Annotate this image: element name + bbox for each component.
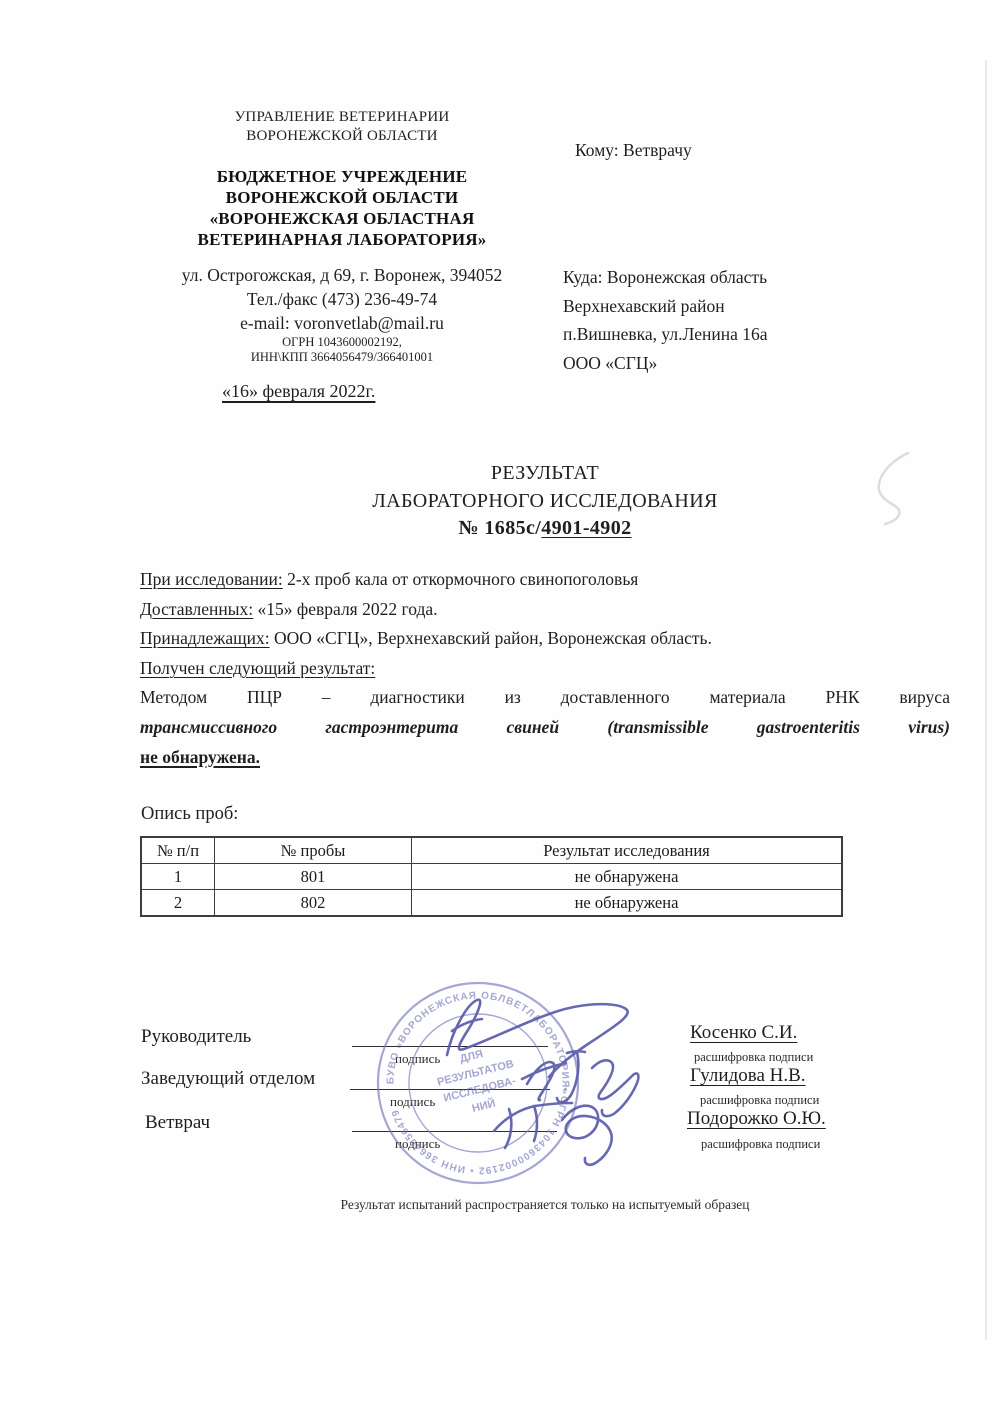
document-number-prefix: № 1685с/	[459, 517, 542, 539]
body-label: Принадлежащих:	[140, 628, 270, 648]
org-name-line: «ВОРОНЕЖСКАЯ ОБЛАСТНАЯ	[128, 208, 556, 229]
org-address: ул. Острогожская, д 69, г. Воронеж, 3940…	[128, 263, 556, 287]
signature-scribble-3	[494, 1103, 612, 1165]
document-title: РЕЗУЛЬТАТ ЛАБОРАТОРНОГО ИССЛЕДОВАНИЯ № 1…	[140, 460, 950, 543]
org-inn: ИНН\КПП 3664056479/366401001	[128, 350, 556, 365]
samples-table: № п/п № пробы Результат исследования 1 8…	[140, 836, 843, 917]
org-name-line: БЮДЖЕТНОЕ УЧРЕЖДЕНИЕ	[128, 166, 556, 187]
signature-ink	[428, 983, 683, 1178]
footer-note: Результат испытаний распространяется тол…	[140, 1197, 950, 1213]
signature-name: Гулидова Н.В.	[690, 1065, 806, 1087]
recipient-address: Куда: Воронежская область Верхнехавский …	[563, 263, 768, 377]
body-label: Доставленных:	[140, 599, 253, 619]
recipient-address-line: ООО «СГЦ»	[563, 349, 768, 378]
body-line: Получен следующий результат:	[140, 654, 950, 684]
signature-decode: расшифровка подписи	[700, 1093, 819, 1108]
document-number-underlined: 4901-4902	[541, 517, 631, 539]
col-header-index: № п/п	[141, 837, 215, 864]
recipient-to: Кому: Ветврачу	[575, 140, 692, 161]
recipient-address-line: Куда: Воронежская область	[563, 263, 768, 292]
result-line-latin: трансмиссивного гастроэнтерита свиней (t…	[140, 713, 950, 743]
signature-role: Руководитель	[141, 1026, 251, 1048]
signature-scribble-1	[447, 1000, 628, 1077]
org-contact: ул. Острогожская, д 69, г. Воронеж, 3940…	[128, 263, 556, 365]
table-header-row: № п/п № пробы Результат исследования	[141, 837, 842, 864]
signature-role: Заведующий отделом	[141, 1068, 315, 1090]
body-label: При исследовании:	[140, 569, 283, 589]
signature-decode: расшифровка подписи	[701, 1137, 820, 1152]
org-parent-line: ВОРОНЕЖСКОЙ ОБЛАСТИ	[128, 127, 556, 146]
body-value: 2-х проб кала от откормочного свинопогол…	[283, 569, 639, 589]
table-row: 1 801 не обнаружена	[141, 864, 842, 890]
document-number: № 1685с/4901-4902	[140, 515, 950, 543]
body-line: При исследовании: 2-х проб кала от откор…	[140, 565, 950, 595]
result-line: Методом ПЦР – диагностики из доставленно…	[140, 683, 950, 713]
scan-edge-artifact	[985, 60, 987, 1340]
org-ogrn: ОГРН 1043600002192,	[128, 335, 556, 350]
recipient-address-line: п.Вишневка, ул.Ленина 16а	[563, 320, 768, 349]
body-line: Доставленных: «15» февраля 2022 года.	[140, 595, 950, 625]
pen-mark-s	[843, 438, 938, 538]
title-line: РЕЗУЛЬТАТ	[140, 460, 950, 488]
cell-result: не обнаружена	[412, 864, 843, 890]
pen-mark-s-stroke	[879, 453, 908, 524]
org-name: БЮДЖЕТНОЕ УЧРЕЖДЕНИЕ ВОРОНЕЖСКОЙ ОБЛАСТИ…	[128, 166, 556, 250]
signature-name: Косенко С.И.	[690, 1022, 797, 1044]
result-conclusion: не обнаружена.	[140, 743, 950, 773]
col-header-result: Результат исследования	[412, 837, 843, 864]
document-page: УПРАВЛЕНИЕ ВЕТЕРИНАРИИ ВОРОНЕЖСКОЙ ОБЛАС…	[0, 0, 993, 1403]
org-parent-line: УПРАВЛЕНИЕ ВЕТЕРИНАРИИ	[128, 108, 556, 127]
title-line: ЛАБОРАТОРНОГО ИССЛЕДОВАНИЯ	[140, 488, 950, 516]
table-row: 2 802 не обнаружена	[141, 890, 842, 917]
signature-name: Подорожко О.Ю.	[687, 1108, 826, 1130]
org-email: e-mail: voronvetlab@mail.ru	[128, 311, 556, 335]
col-header-sample: № пробы	[215, 837, 412, 864]
cell-index: 1	[141, 864, 215, 890]
document-date: «16» февраля 2022г.	[222, 381, 375, 402]
letterhead: УПРАВЛЕНИЕ ВЕТЕРИНАРИИ ВОРОНЕЖСКОЙ ОБЛАС…	[128, 108, 556, 365]
document-body: При исследовании: 2-х проб кала от откор…	[140, 565, 950, 772]
samples-heading: Опись проб:	[141, 804, 238, 825]
cell-result: не обнаружена	[412, 890, 843, 917]
org-parent: УПРАВЛЕНИЕ ВЕТЕРИНАРИИ ВОРОНЕЖСКОЙ ОБЛАС…	[128, 108, 556, 146]
signature-decode: расшифровка подписи	[694, 1050, 813, 1065]
cell-sample: 801	[215, 864, 412, 890]
recipient-address-line: Верхнехавский район	[563, 292, 768, 321]
body-label: Получен следующий результат:	[140, 658, 375, 678]
body-line: Принадлежащих: ООО «СГЦ», Верхнехавский …	[140, 624, 950, 654]
cell-index: 2	[141, 890, 215, 917]
body-value: ООО «СГЦ», Верхнехавский район, Воронежс…	[270, 628, 712, 648]
org-name-line: ВОРОНЕЖСКОЙ ОБЛАСТИ	[128, 187, 556, 208]
org-name-line: ВЕТЕРИНАРНАЯ ЛАБОРАТОРИЯ»	[128, 229, 556, 250]
org-phone: Тел./факс (473) 236-49-74	[128, 287, 556, 311]
signature-role: Ветврач	[145, 1112, 210, 1134]
cell-sample: 802	[215, 890, 412, 917]
body-value: «15» февраля 2022 года.	[253, 599, 437, 619]
